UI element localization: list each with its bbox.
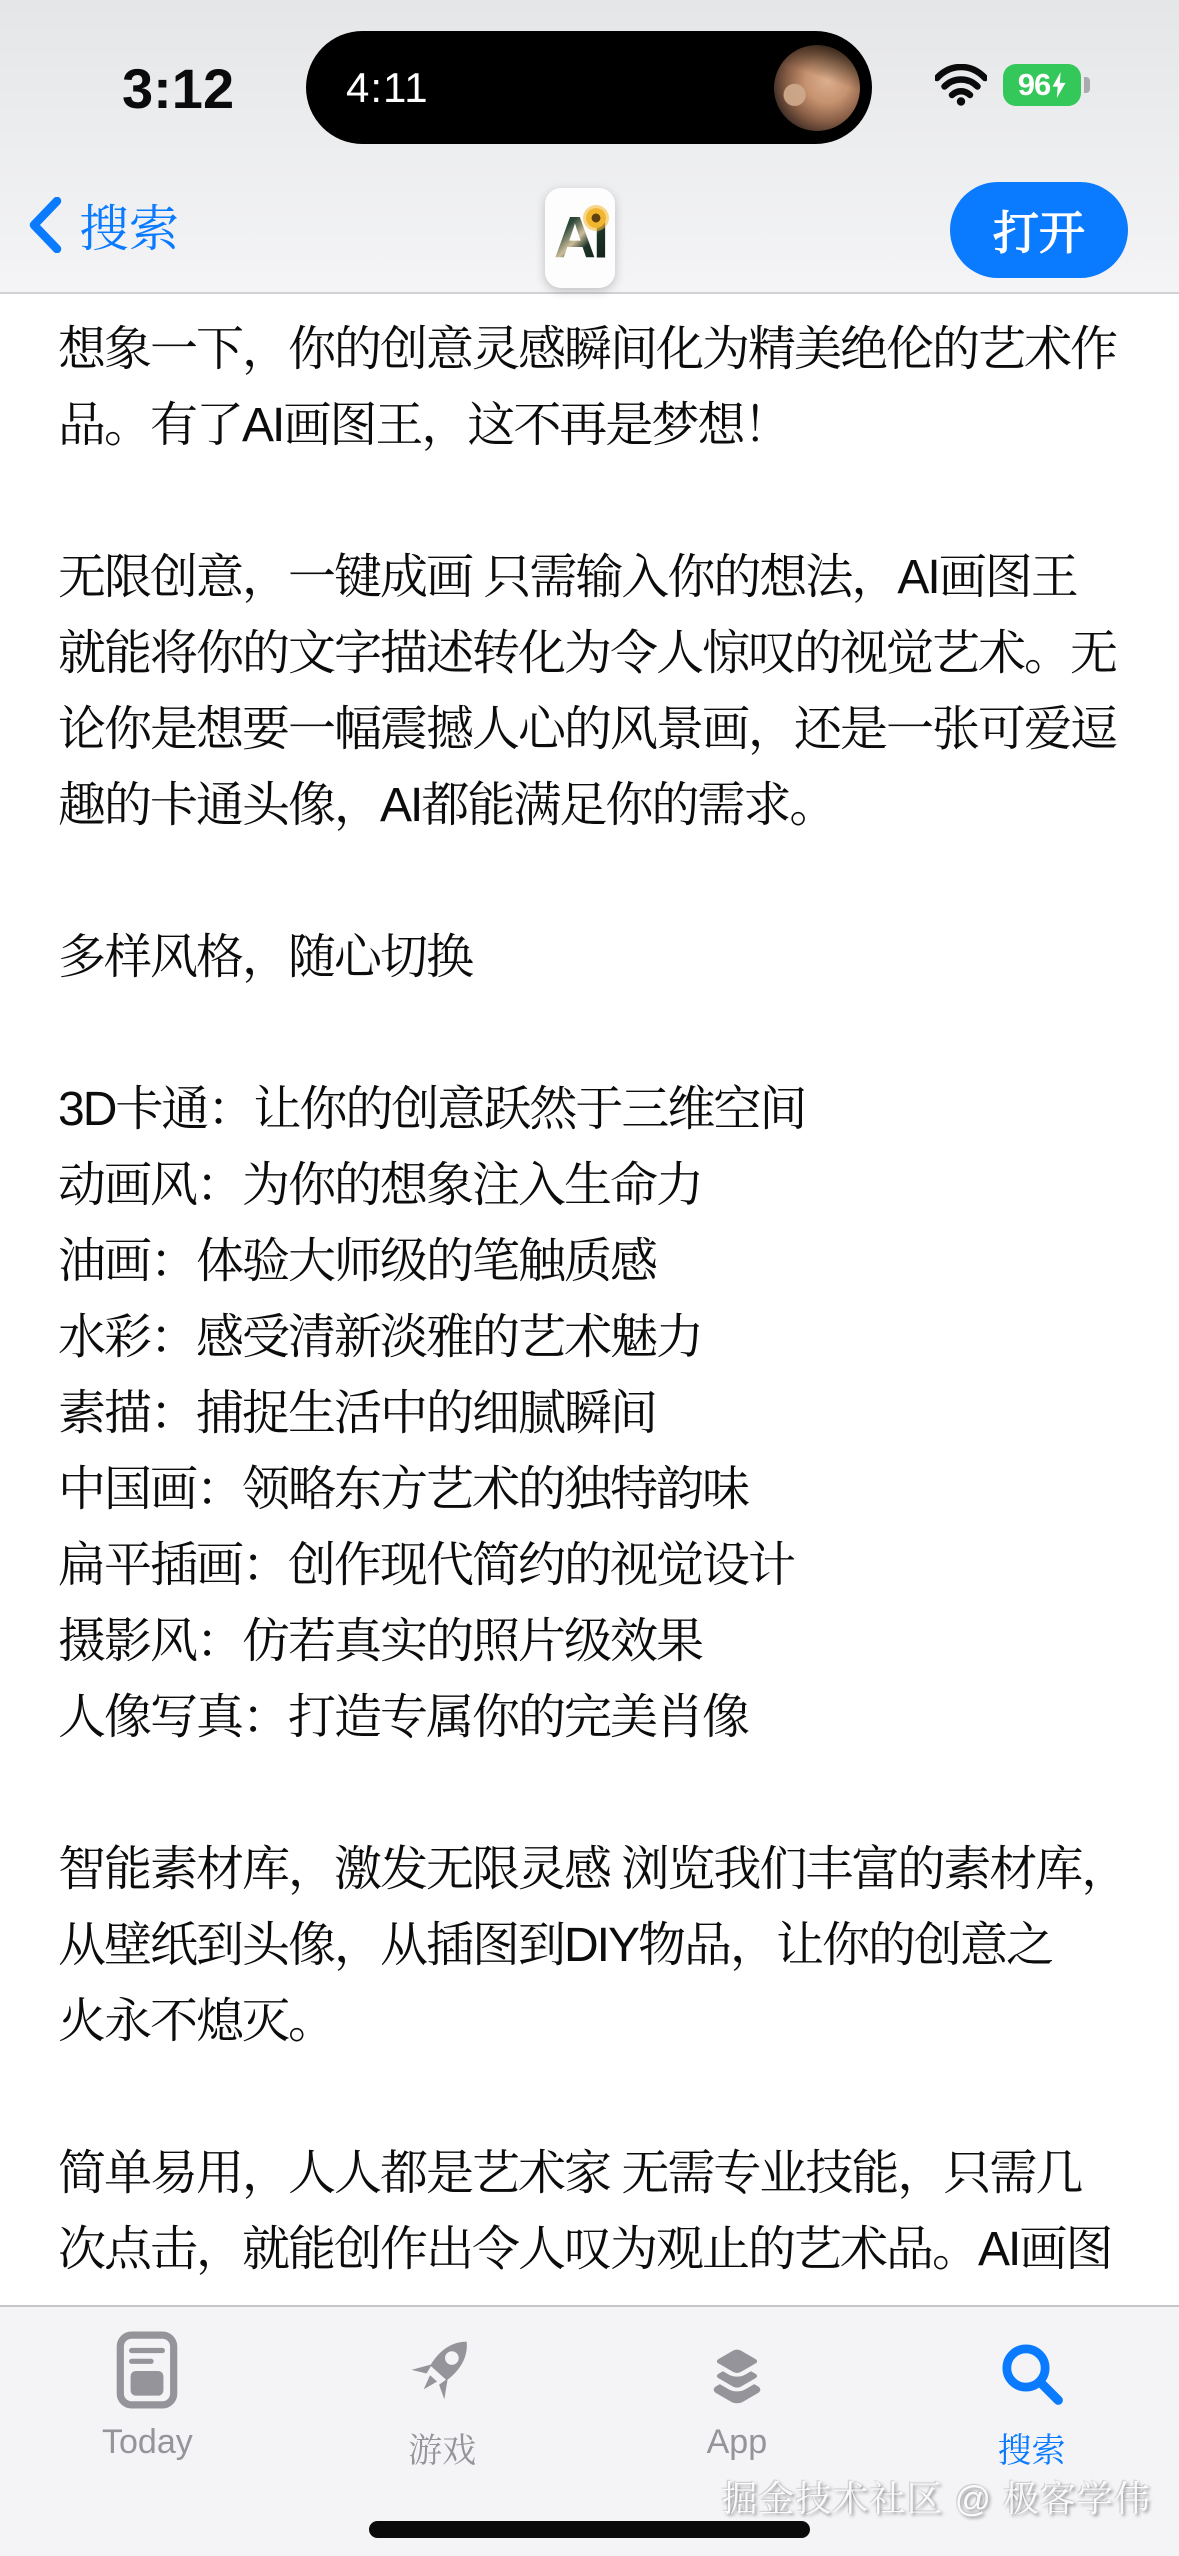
charging-bolt-icon — [1052, 72, 1066, 98]
tab-label: 游戏 — [408, 2423, 476, 2472]
rocket-icon — [402, 2329, 482, 2409]
battery-percent: 96 — [1018, 67, 1050, 103]
description-paragraph: 智能素材库，激发无限灵感 浏览我们丰富的素材库， 从壁纸到头像，从插图到DIY物… — [58, 1832, 1121, 2060]
description-paragraph: 3D卡通：让你的创意跃然于三维空间 动画风：为你的想象注入生命力 油画：体验大师… — [58, 1072, 1121, 1756]
chevron-left-icon — [27, 197, 63, 253]
description-paragraph: 想象一下，你的创意灵感瞬间化为精美绝伦的艺术作 品。有了AI画图王，这不再是梦想… — [58, 312, 1121, 464]
tab-bar: Today 游戏 — [0, 2305, 1179, 2556]
dynamic-island[interactable]: 4:11 — [306, 31, 872, 144]
back-button[interactable]: 搜索 — [27, 192, 179, 258]
app-icon[interactable]: AI — [545, 188, 615, 288]
wifi-icon — [935, 64, 987, 106]
open-button[interactable]: 打开 — [950, 182, 1128, 278]
watermark: 掘金技术社区 @ 极客学伟 — [721, 2471, 1151, 2522]
status-time: 3:12 — [122, 56, 234, 121]
app-description: 想象一下，你的创意灵感瞬间化为精美绝伦的艺术作 品。有了AI画图王，这不再是梦想… — [0, 296, 1179, 2305]
app-store-product-page: 3:12 4:11 96 搜索 — [0, 0, 1179, 2556]
sunflower-decoration — [586, 208, 606, 228]
tab-search[interactable]: 搜索 — [884, 2329, 1179, 2479]
battery-indicator: 96 — [1003, 64, 1081, 106]
back-button-label: 搜索 — [79, 189, 179, 261]
tab-label: Today — [102, 2423, 193, 2462]
tab-today[interactable]: Today — [0, 2329, 295, 2479]
tab-items: Today 游戏 — [0, 2329, 1179, 2479]
tab-label: 搜索 — [998, 2423, 1066, 2472]
description-paragraph: 多样风格，随心切换 — [58, 920, 1121, 996]
tab-label: App — [707, 2423, 768, 2462]
tab-app[interactable]: App — [590, 2329, 885, 2479]
home-indicator[interactable] — [369, 2521, 810, 2538]
call-timer: 4:11 — [346, 64, 429, 112]
battery-cap — [1084, 77, 1090, 93]
description-paragraph: 无限创意，一键成画 只需输入你的想法，AI画图王 就能将你的文字描述转化为令人惊… — [58, 540, 1121, 844]
top-chrome: 3:12 4:11 96 搜索 — [0, 0, 1179, 294]
description-paragraph: 简单易用，人人都是艺术家 无需专业技能，只需几 次点击，就能创作出令人叹为观止的… — [58, 2136, 1121, 2288]
call-avatar — [774, 45, 860, 131]
search-icon — [997, 2329, 1067, 2409]
tab-games[interactable]: 游戏 — [295, 2329, 590, 2479]
status-icons: 96 — [935, 64, 1081, 106]
today-icon — [116, 2329, 178, 2409]
layers-icon — [697, 2329, 777, 2409]
